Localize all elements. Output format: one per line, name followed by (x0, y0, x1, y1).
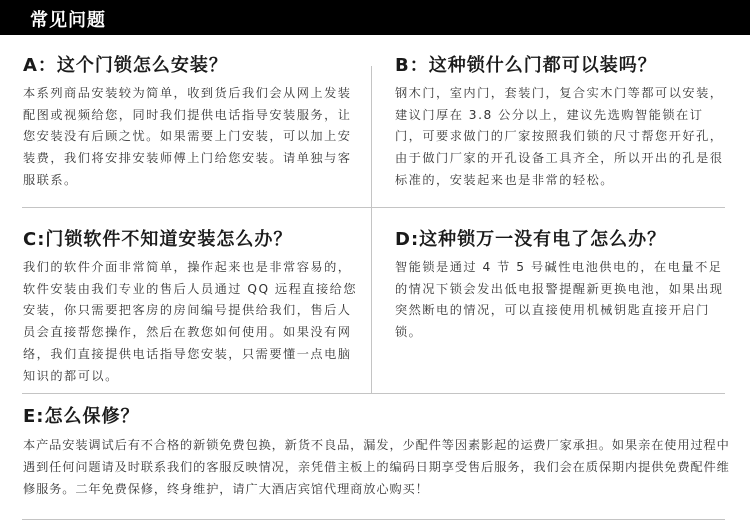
faq-question: B：这种锁什么门都可以装吗？ (395, 54, 730, 78)
faq-item-warranty: E:怎么保修？ 本产品安装调试后有不合格的新锁免费包换，新货不良品，漏发，少配件… (23, 405, 733, 500)
faq-question: E:怎么保修？ (23, 405, 733, 429)
faq-answer: 智能锁是通过 4 节 5 号碱性电池供电的，在电量不足的情况下锁会发出低电报警提… (395, 257, 730, 344)
faq-answer: 钢木门，室内门，套装门，复合实木门等都可以安装，建议门厚在 3.8 公分以上，建… (395, 83, 730, 192)
faq-question: D:这种锁万一没有电了怎么办？ (395, 228, 730, 252)
faq-answer: 我们的软件介面非常简单，操作起来也是非常容易的，软件安装由我们专业的售后人员通过… (23, 257, 358, 387)
faq-item-software: C:门锁软件不知道安装怎么办？ 我们的软件介面非常简单，操作起来也是非常容易的，… (23, 228, 358, 387)
faq-item-power-failure: D:这种锁万一没有电了怎么办？ 智能锁是通过 4 节 5 号碱性电池供电的，在电… (395, 228, 730, 344)
faq-answer: 本产品安装调试后有不合格的新锁免费包换，新货不良品，漏发，少配件等因素影起的运费… (23, 434, 733, 500)
faq-question: C:门锁软件不知道安装怎么办？ (23, 228, 358, 252)
faq-item-door-compatibility: B：这种锁什么门都可以装吗？ 钢木门，室内门，套装门，复合实木门等都可以安装，建… (395, 54, 730, 192)
vertical-divider (371, 66, 372, 393)
faq-item-install: A：这个门锁怎么安装？ 本系列商品安装较为简单，收到货后我们会从网上发装配图或视… (23, 54, 358, 192)
page-header: 常见问题 (0, 0, 750, 35)
faq-answer: 本系列商品安装较为简单，收到货后我们会从网上发装配图或视频给您，同时我们提供电话… (23, 83, 358, 192)
page-title: 常见问题 (30, 6, 106, 32)
bottom-divider (22, 519, 725, 520)
faq-question: A：这个门锁怎么安装？ (23, 54, 358, 78)
horizontal-divider (22, 207, 725, 208)
horizontal-divider (22, 393, 725, 394)
